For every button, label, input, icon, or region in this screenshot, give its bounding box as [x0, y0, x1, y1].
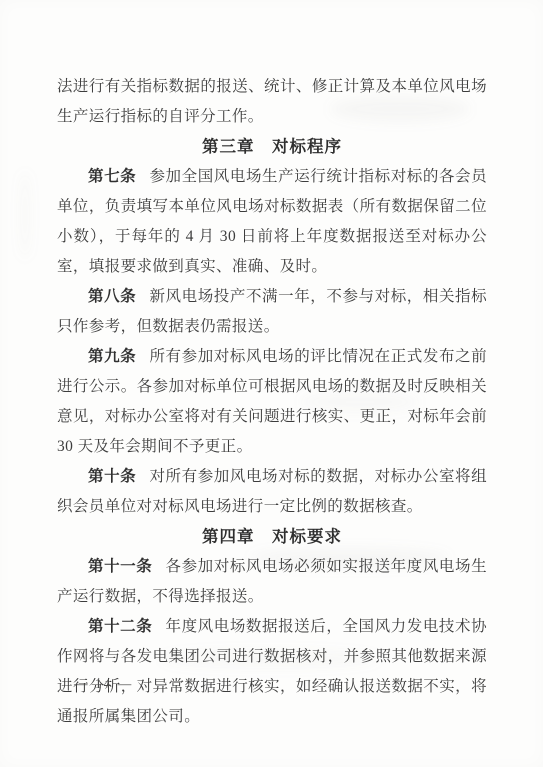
article-10-number: 第十条	[88, 468, 136, 485]
chapter-heading-4: 第四章 对标要求	[57, 522, 487, 552]
article-8-number: 第八条	[88, 288, 136, 305]
page-number: — 14 —	[74, 676, 133, 692]
paragraph-continuation: 法进行有关指标数据的报送、统计、修正计算及本单位风电场生产运行指标的自评分工作。	[57, 72, 487, 132]
article-9: 第九条所有参加对标风电场的评比情况在正式发布之前进行公示。各参加对标单位可根据风…	[57, 342, 487, 462]
article-11: 第十一条各参加对标风电场必须如实报送年度风电场生产运行数据，不得选择报送。	[57, 552, 487, 612]
article-12: 第十二条年度风电场数据报送后，全国风力发电技术协作网将与各发电集团公司进行数据核…	[57, 612, 487, 732]
article-10: 第十条对所有参加风电场对标的数据，对标办公室将组织会员单位对对标风电场进行一定比…	[57, 462, 487, 522]
scan-smudge	[20, 170, 30, 260]
article-9-number: 第九条	[88, 348, 136, 365]
chapter-heading-3: 第三章 对标程序	[57, 132, 487, 162]
article-8: 第八条新风电场投产不满一年，不参与对标，相关指标只作参考，但数据表仍需报送。	[57, 282, 487, 342]
article-12-number: 第十二条	[88, 618, 152, 635]
scanned-document-page: 法进行有关指标数据的报送、统计、修正计算及本单位风电场生产运行指标的自评分工作。…	[0, 0, 543, 767]
article-11-number: 第十一条	[88, 558, 152, 575]
article-7-number: 第七条	[88, 168, 136, 185]
document-body: 法进行有关指标数据的报送、统计、修正计算及本单位风电场生产运行指标的自评分工作。…	[57, 72, 487, 732]
article-7: 第七条参加全国风电场生产运行统计指标对标的各会员单位，负责填写本单位风电场对标数…	[57, 162, 487, 282]
